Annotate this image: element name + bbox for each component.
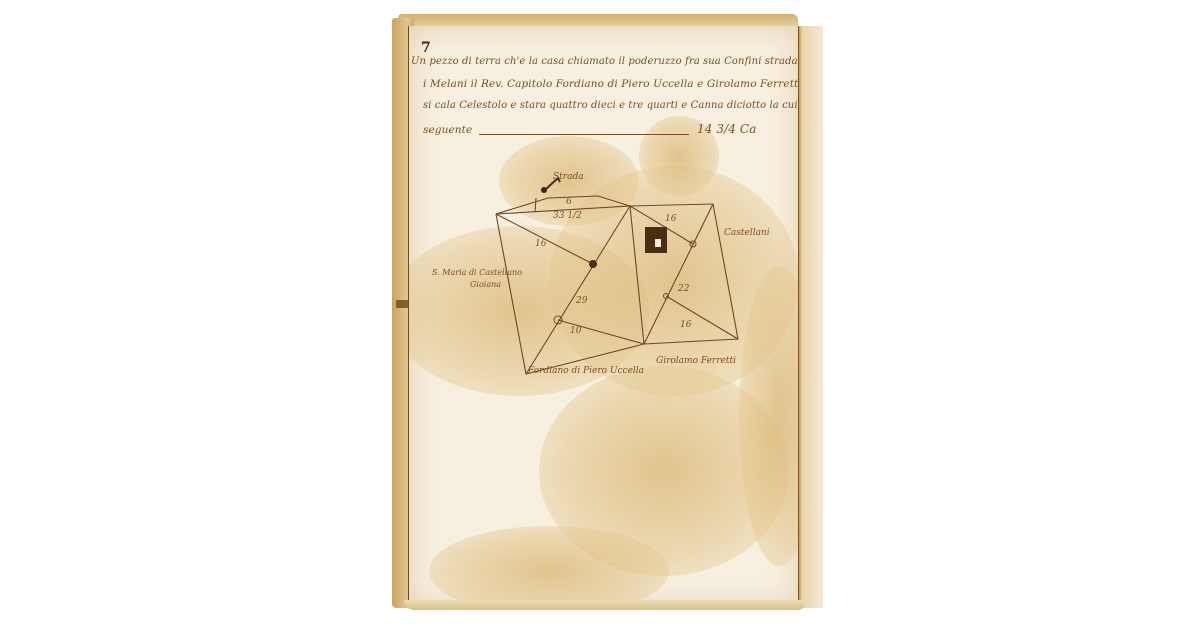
label-bottom-left-owner: Fordiano di Piero Uccella xyxy=(528,366,644,376)
label-right-owner: Castellani xyxy=(724,228,770,238)
page-bottom-edge xyxy=(404,600,804,610)
measure-right-vertical: 22 xyxy=(678,284,689,294)
folio-number: 7 xyxy=(421,40,431,56)
label-strada: Strada xyxy=(553,172,584,182)
measure-value: 14 3/4 Ca xyxy=(697,122,756,136)
heading-line-2: i Melani il Rev. Capitolo Fordiano di Pi… xyxy=(423,78,799,90)
manuscript-page: 7 Un pezzo di terra ch'e la casa chiamat… xyxy=(408,26,799,608)
water-stain xyxy=(429,526,669,608)
spine-tab xyxy=(396,300,408,308)
measure-left-diag: 16 xyxy=(535,239,546,249)
measure-lower-left-diag: 10 xyxy=(570,326,581,336)
label-left-owner: S. Maria di Castellano xyxy=(432,268,522,277)
heading-line-4: seguente xyxy=(423,124,472,136)
measure-center-vertical: 29 xyxy=(576,296,587,306)
heading-line-3: si cala Celestolo e stara quattro dieci … xyxy=(423,100,799,111)
measure-rule xyxy=(479,134,689,135)
measure-top-long: 33 1/2 xyxy=(553,211,582,221)
manuscript-scan: 7 Un pezzo di terra ch'e la casa chiamat… xyxy=(0,0,1200,628)
measure-top-short: 6 xyxy=(566,197,572,207)
heading-line-1: Un pezzo di terra ch'e la casa chiamato … xyxy=(411,56,799,67)
label-bottom-right-owner: Girolamo Ferretti xyxy=(656,356,736,366)
adjacent-page-edge xyxy=(798,26,823,608)
label-left-owner-2: Gioiana xyxy=(470,280,501,289)
measure-right-upper-diag: 16 xyxy=(665,214,676,224)
measure-right-lower-diag: 16 xyxy=(680,320,691,330)
